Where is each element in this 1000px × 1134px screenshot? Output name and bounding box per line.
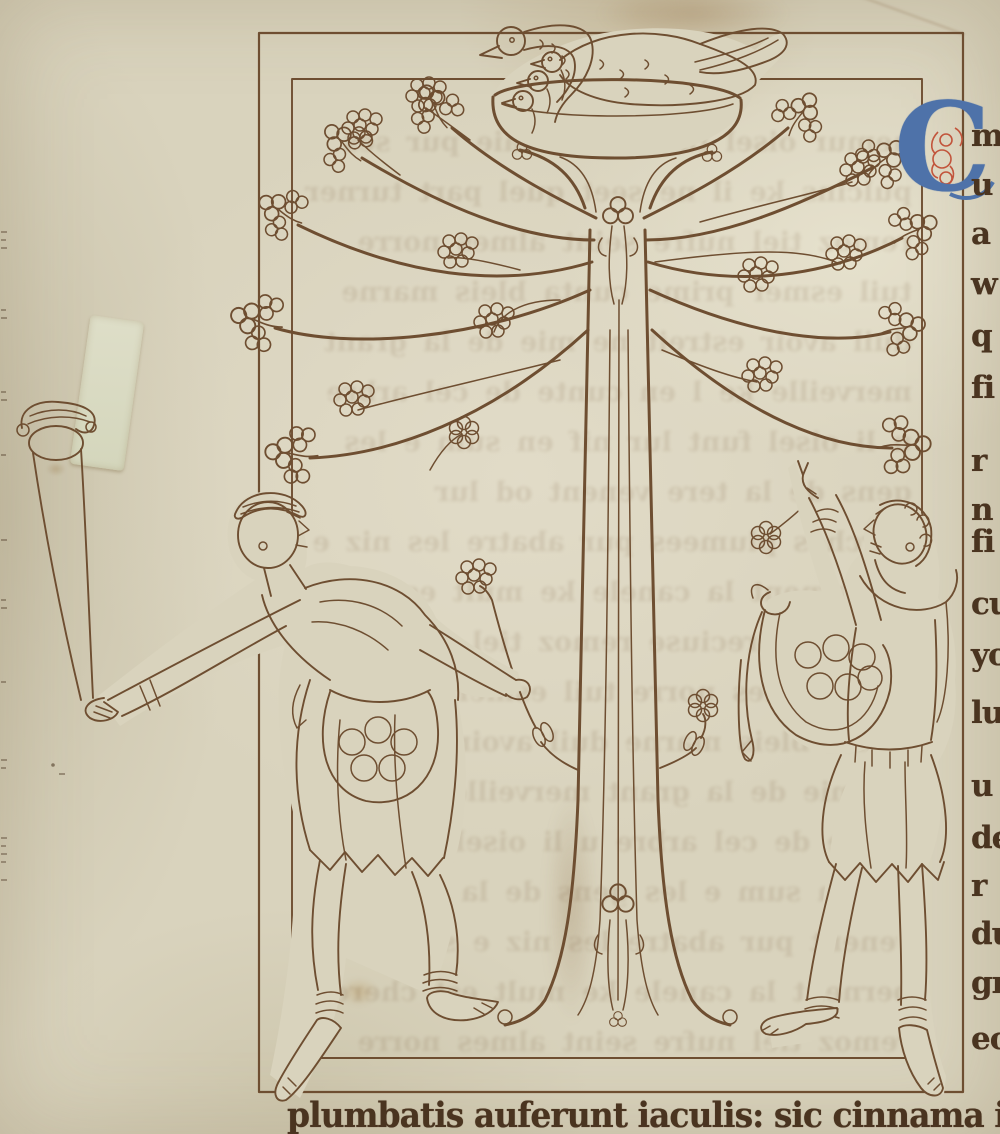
margin-text-fragment: yo <box>971 637 1000 673</box>
margin-text-fragment: u <box>971 768 993 804</box>
margin-text-fragment: u <box>971 167 993 203</box>
margin-text-fragment: fi <box>971 524 994 560</box>
prick-marks <box>0 0 70 1134</box>
manuscript-page: nemur oisel tant se esmaie pur ses pulci… <box>0 0 1000 1134</box>
margin-text-fragment: a <box>971 216 990 252</box>
margin-text-fragment: q <box>971 318 992 354</box>
margin-text-fragment: r <box>971 443 986 479</box>
bird-nest <box>480 25 788 158</box>
right-figure <box>739 461 957 1096</box>
margin-text-fragment: fi <box>971 370 994 406</box>
margin-text-fragment: m <box>971 118 1000 154</box>
margin-text-column: m u a w q fi r n fi cu yo lu u de r <box>971 0 1000 1134</box>
margin-text-fragment: n <box>971 492 993 528</box>
margin-text-fragment: cu <box>971 586 1000 622</box>
margin-text-fragment: r <box>971 868 986 904</box>
margin-text-fragment: gr <box>971 965 1000 1001</box>
margin-text-fragment: de <box>971 820 1000 856</box>
margin-text-fragment: w <box>971 266 997 302</box>
bottom-text-line: plumbatis auferunt iaculis: sic cinnama … <box>287 1095 1000 1134</box>
margin-text-fragment: du <box>971 916 1000 952</box>
miniature-drawing <box>0 0 1000 1134</box>
margin-text-fragment: lu <box>971 695 1000 731</box>
margin-text-fragment: eo <box>971 1021 1000 1057</box>
